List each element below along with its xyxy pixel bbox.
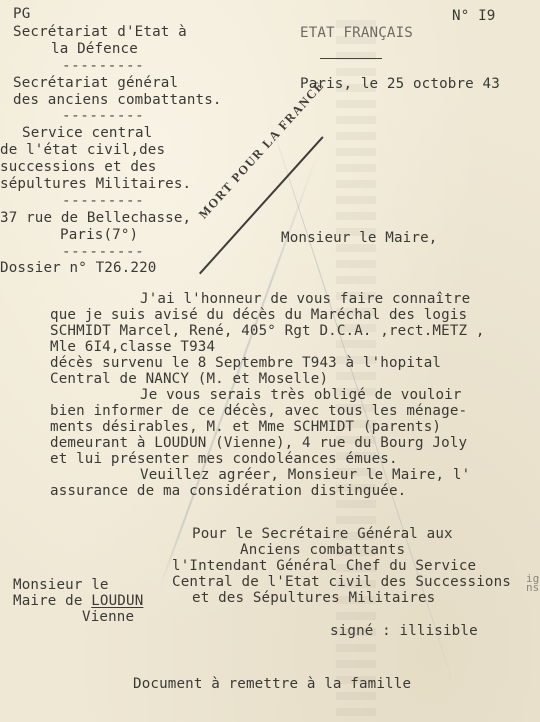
service-line: successions et des <box>0 159 156 175</box>
body-line: ments désirables, M. et Mme SCHMIDT (par… <box>50 419 441 435</box>
service-line: sépultures Militaires. <box>0 176 191 192</box>
recipient-line: Monsieur le <box>13 577 109 593</box>
body-line: Mle 6I4,classe T934 <box>50 339 215 355</box>
recipient-line: Maire de LOUDUN <box>13 593 143 609</box>
ministry-line: Secrétariat d'Etat à <box>13 24 187 40</box>
salutation: Monsieur le Maire, <box>281 230 437 246</box>
dossier-number: Dossier n° T26.220 <box>0 260 156 276</box>
signature-line: et des Sépultures Militaires <box>192 590 435 606</box>
recipient-town: LOUDUN <box>91 593 143 609</box>
recipient-line: Vienne <box>82 609 134 625</box>
signature-line: Pour le Secrétaire Général aux <box>192 526 453 542</box>
recipient-prefix: Maire de <box>13 593 91 609</box>
letter-number: N° I9 <box>452 8 495 24</box>
body-line: décès survenu le 8 Septembre T943 à l'ho… <box>50 355 441 371</box>
body-line: bien informer de ce décès, avec tous les… <box>50 403 467 419</box>
separator: --------- <box>62 58 144 74</box>
body-line: assurance de ma considération distinguée… <box>50 483 406 499</box>
body-line: Central de NANCY (M. et Moselle) <box>50 371 328 387</box>
separator: --------- <box>62 244 144 260</box>
footer-note: Document à remettre à la famille <box>133 676 411 692</box>
body-line: et lui présenter mes condoléances émues. <box>50 451 398 467</box>
signature-line: Central de l'Etat civil des Successions <box>172 574 511 590</box>
edge-marks: ig ns <box>526 574 539 592</box>
document-code: PG <box>13 6 30 22</box>
body-line: Veuillez agréer, Monsieur le Maire, l' <box>140 467 470 483</box>
body-line: SCHMIDT Marcel, René, 405° Rgt D.C.A. ,r… <box>50 323 485 339</box>
heading-rule <box>320 58 382 59</box>
body-line: J'ai l'honneur de vous faire connaître <box>140 291 470 307</box>
service-line: de l'état civil,des <box>0 142 165 158</box>
place-date: Paris, le 25 octobre 43 <box>300 76 500 92</box>
signature-line: Anciens combattants <box>240 542 405 558</box>
address-line: Paris(7°) <box>60 227 138 243</box>
separator: --------- <box>62 193 144 209</box>
body-line: que je suis avisé du décès du Maréchal d… <box>50 307 467 323</box>
state-heading: ETAT FRANÇAIS <box>300 25 413 41</box>
body-line: demeurant à LOUDUN (Vienne), 4 rue du Bo… <box>50 435 467 451</box>
signed-note: signé : illisible <box>330 623 478 639</box>
ministry-line: la Défence <box>51 41 138 57</box>
secretariat-line: des anciens combattants. <box>13 92 222 108</box>
service-line: Service central <box>22 125 152 141</box>
secretariat-line: Secrétariat général <box>13 75 178 91</box>
separator: --------- <box>62 108 144 124</box>
address-line: 37 rue de Bellechasse, <box>0 210 191 226</box>
signature-line: l'Intendant Général Chef du Service <box>172 558 476 574</box>
body-line: Je vous serais très obligé de vouloir <box>140 387 462 403</box>
document-page: PG Secrétariat d'Etat à la Défence -----… <box>0 0 540 722</box>
